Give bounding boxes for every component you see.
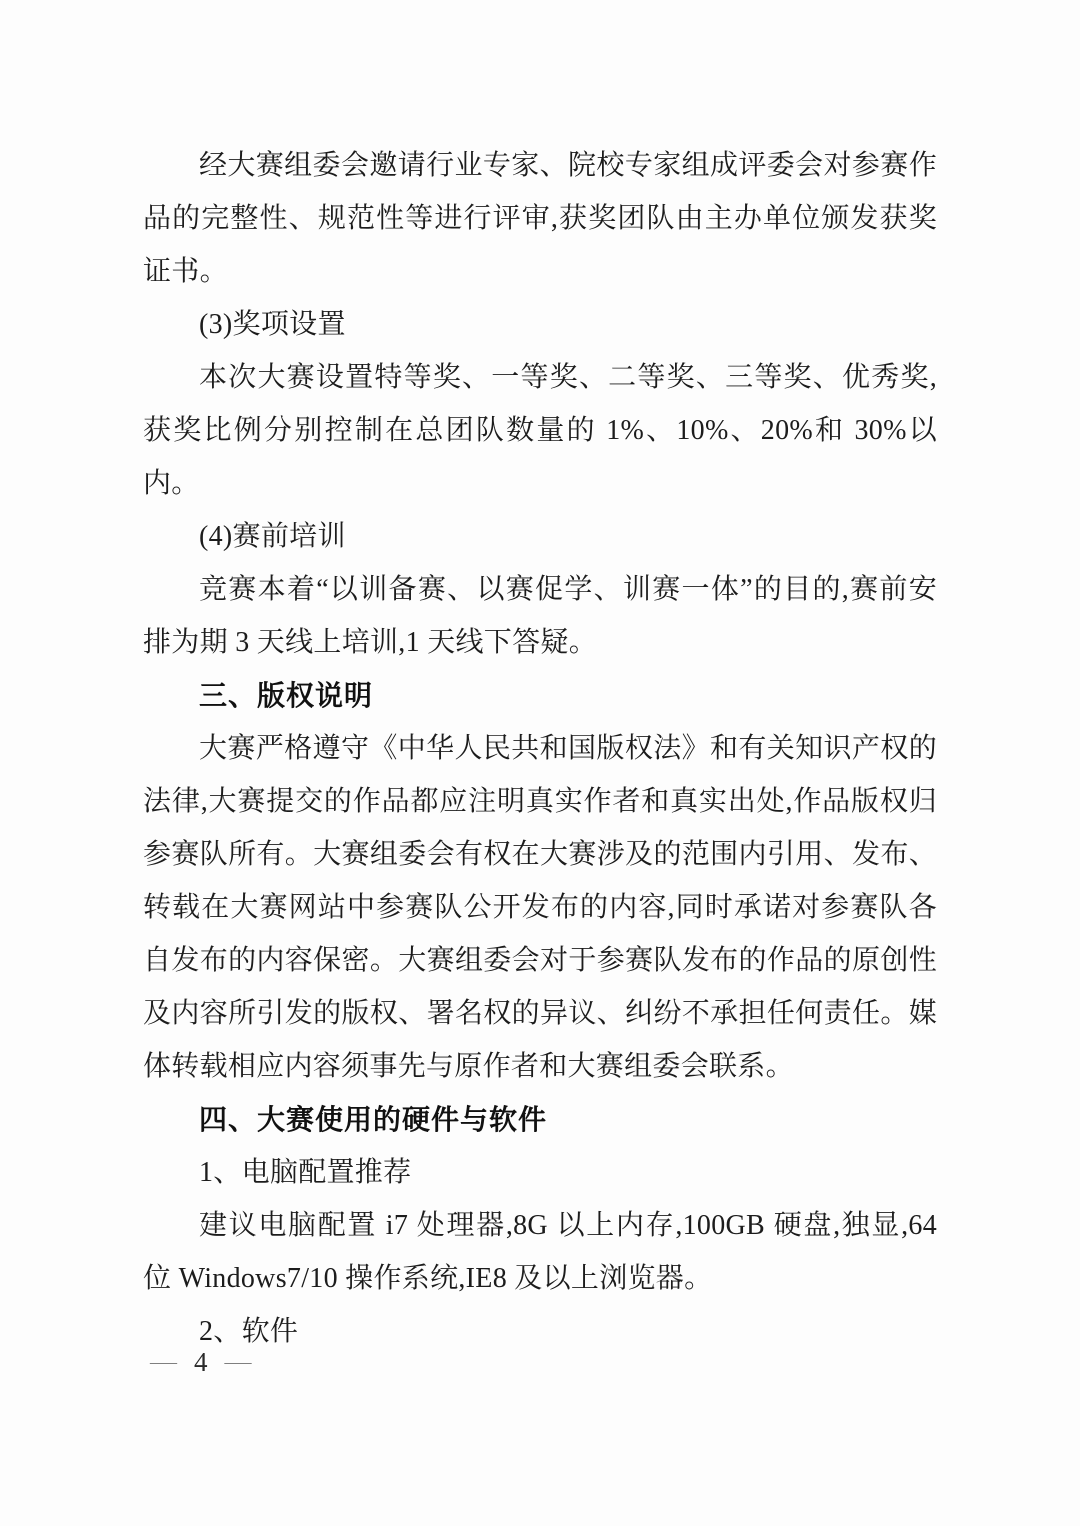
paragraph: (4)赛前培训 — [143, 510, 937, 563]
footer-dash-left: — — [150, 1349, 177, 1375]
page-footer: — 4 — — [150, 1342, 252, 1382]
paragraph: 建议电脑配置 i7 处理器,8G 以上内存,100GB 硬盘,独显,64 位 W… — [143, 1199, 937, 1305]
section-heading: 三、版权说明 — [143, 669, 937, 722]
page-number: 4 — [194, 1342, 208, 1382]
paragraph: 本次大赛设置特等奖、一等奖、二等奖、三等奖、优秀奖,获奖比例分别控制在总团队数量… — [143, 351, 937, 510]
paragraph: 大赛严格遵守《中华人民共和国版权法》和有关知识产权的法律,大赛提交的作品都应注明… — [143, 722, 937, 1093]
paragraph: 1、电脑配置推荐 — [143, 1146, 937, 1199]
footer-dash-right: — — [225, 1349, 252, 1375]
paragraph: 经大赛组委会邀请行业专家、院校专家组成评委会对参赛作品的完整性、规范性等进行评审… — [143, 139, 937, 298]
document-body: 经大赛组委会邀请行业专家、院校专家组成评委会对参赛作品的完整性、规范性等进行评审… — [143, 139, 937, 1358]
paragraph: 竞赛本着“以训备赛、以赛促学、训赛一体”的目的,赛前安排为期 3 天线上培训,1… — [143, 563, 937, 669]
paragraph: (3)奖项设置 — [143, 298, 937, 351]
paragraph: 2、软件 — [143, 1305, 937, 1358]
document-page: 经大赛组委会邀请行业专家、院校专家组成评委会对参赛作品的完整性、规范性等进行评审… — [0, 0, 1080, 1526]
section-heading: 四、大赛使用的硬件与软件 — [143, 1093, 937, 1146]
